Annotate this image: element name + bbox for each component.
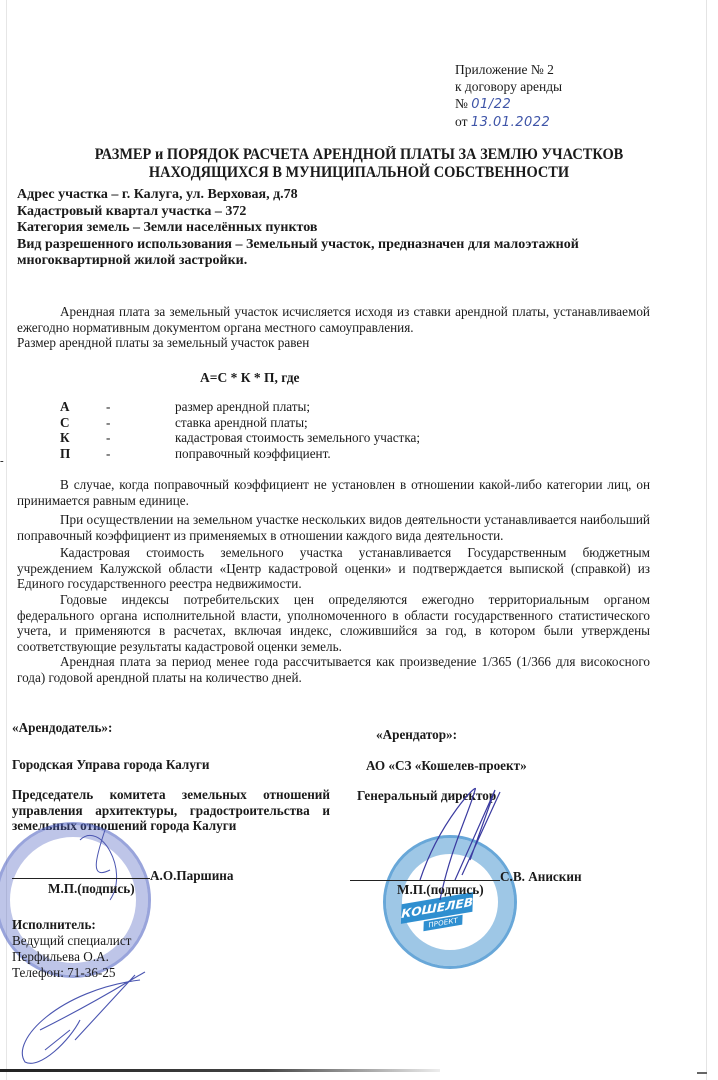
- appendix-header: Приложение № 2 к договору аренды № 01/22…: [455, 61, 562, 131]
- plot-address: Адрес участка – г. Калуга, ул. Верховая,…: [17, 187, 579, 204]
- intro-paragraph: Арендная плата за земельный участок исчи…: [17, 304, 650, 335]
- permitted-use-line-2: многоквартирной жилой застройки.: [17, 253, 579, 270]
- lessor-signature-line: [12, 878, 150, 879]
- definition-symbol: С: [60, 415, 70, 431]
- appendix-number: Приложение № 2: [455, 61, 562, 78]
- scan-corner-mark: [697, 1072, 707, 1074]
- date-prefix: от: [455, 114, 467, 129]
- executor-heading: Исполнитель:: [12, 917, 96, 933]
- definition-dash: -: [106, 446, 110, 462]
- paragraph-cadastral-value: Кадастровая стоимость земельного участка…: [17, 545, 650, 592]
- contract-date-line: от 13.01.2022: [455, 113, 562, 131]
- definition-text: поправочный коэффициент.: [175, 446, 331, 462]
- definition-symbol: К: [60, 430, 70, 446]
- handwritten-contract-date: 13.01.2022: [471, 115, 550, 130]
- executor-name: Перфильева О.А.: [12, 949, 109, 965]
- definition-dash: -: [106, 430, 110, 446]
- page-bottom-rule: [0, 1069, 440, 1072]
- document-title: РАЗМЕР и ПОРЯДОК РАСЧЕТА АРЕНДНОЙ ПЛАТЫ …: [25, 146, 693, 182]
- handwritten-contract-number: 01/22: [471, 97, 511, 112]
- scan-margin-mark: -: [0, 455, 4, 467]
- definition-text: размер арендной платы;: [175, 399, 310, 415]
- executor-position: Ведущий специалист: [12, 933, 131, 949]
- plot-facts: Адрес участка – г. Калуга, ул. Верховая,…: [17, 187, 579, 270]
- paragraph-multiple-activities: При осуществлении на земельном участке н…: [17, 512, 650, 543]
- contract-number-line: № 01/22: [455, 95, 562, 113]
- number-prefix: №: [455, 96, 468, 111]
- paragraph-correction-factor: В случае, когда поправочный коэффициент …: [17, 477, 650, 508]
- lessor-role: «Арендодатель»:: [12, 720, 112, 736]
- land-category: Категория земель – Земли населённых пунк…: [17, 220, 579, 237]
- rent-formula: А=С * К * П, где: [200, 370, 300, 386]
- definition-dash: -: [106, 415, 110, 431]
- title-line-2: НАХОДЯЩИХСЯ В МУНИЦИПАЛЬНОЙ СОБСТВЕННОСТ…: [25, 164, 693, 182]
- definition-text: кадастровая стоимость земельного участка…: [175, 430, 420, 446]
- equals-line: Размер арендной платы за земельный участ…: [17, 335, 650, 351]
- lessee-signature-line: [350, 880, 500, 881]
- definition-text: ставка арендной платы;: [175, 415, 308, 431]
- paragraph-price-indices: Годовые индексы потребительских цен опре…: [17, 592, 650, 654]
- lessor-seal-caption: М.П.(подпись): [48, 881, 135, 897]
- lessee-organization: АО «СЗ «Кошелев-проект»: [366, 758, 527, 774]
- lessee-position: Генеральный директор: [357, 788, 496, 804]
- lessee-signatory-name: С.В. Анискин: [500, 869, 582, 885]
- lessee-seal-caption: М.П.(подпись): [397, 882, 484, 898]
- definition-dash: -: [106, 399, 110, 415]
- lessor-organization: Городская Управа города Калуги: [12, 757, 210, 773]
- paragraph-partial-year: Арендная плата за период менее года расс…: [17, 654, 650, 685]
- lessee-role: «Арендатор»:: [376, 727, 457, 743]
- title-line-1: РАЗМЕР и ПОРЯДОК РАСЧЕТА АРЕНДНОЙ ПЛАТЫ …: [25, 146, 693, 164]
- scan-right-edge: [706, 0, 707, 1080]
- cadastral-quarter: Кадастровый квартал участка – 372: [17, 204, 579, 221]
- lessor-signatory-name: А.О.Паршина: [150, 868, 233, 884]
- definition-symbol: П: [60, 446, 70, 462]
- executor-phone: Телефон: 71-36-25: [12, 965, 116, 981]
- definition-symbol: А: [60, 399, 70, 415]
- appendix-contract-ref: к договору аренды: [455, 78, 562, 95]
- permitted-use-line-1: Вид разрешенного использования – Земельн…: [17, 237, 579, 254]
